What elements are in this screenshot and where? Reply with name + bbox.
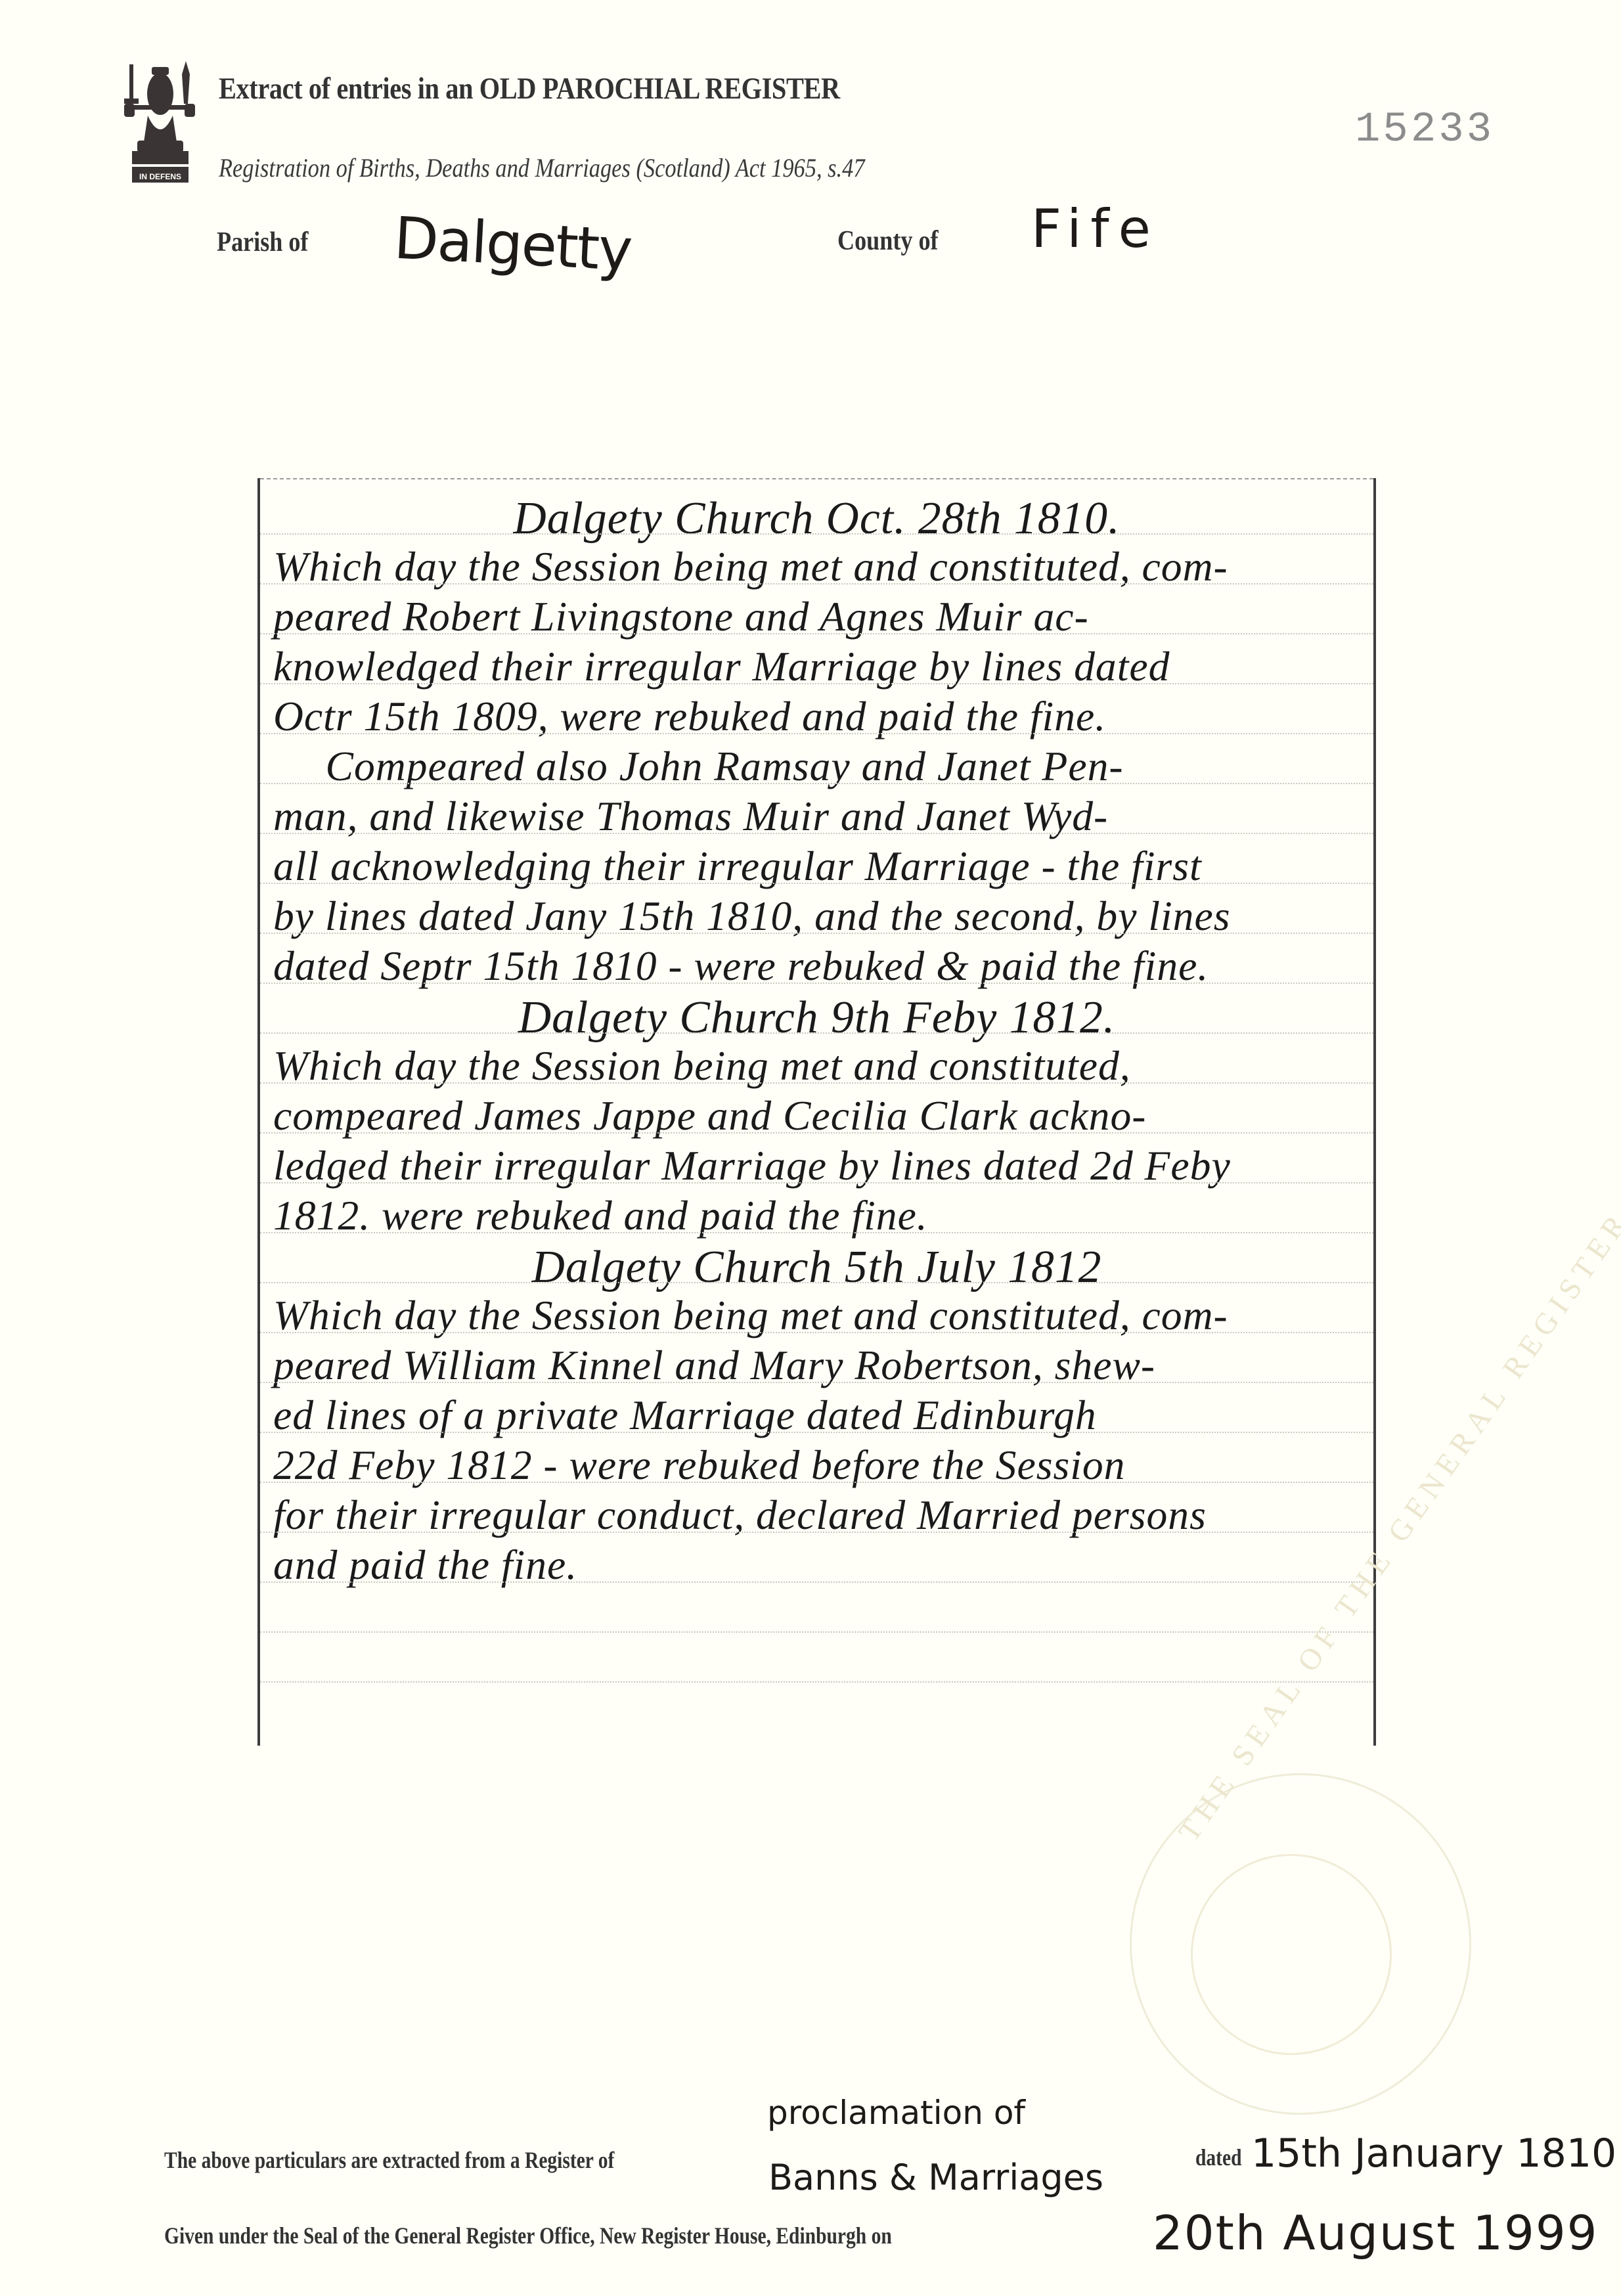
ruled-line [260,982,1373,984]
ruled-line [260,1382,1373,1383]
ruled-line [260,933,1373,934]
ruled-line [260,1182,1373,1183]
embossed-seal: THE SEAL OF THE GENERAL REGISTER OFFICE [1130,1773,1471,2115]
ruled-line [260,1432,1373,1433]
ruled-line [260,733,1373,734]
document-title: Extract of entries in an OLD PAROCHIAL R… [219,71,840,106]
dated-value: 15th January 1810 [1251,2130,1616,2176]
crest-emblem-icon: IN DEFENS [122,58,199,189]
ruled-line [260,583,1373,585]
ruled-line [260,683,1373,684]
parish-value: Dalgetty [393,204,633,284]
given-under-seal-label: Given under the Seal of the General Regi… [164,2222,892,2249]
ruled-line [260,883,1373,884]
entry-heading: Dalgety Church 5th July 1812 [273,1241,1360,1294]
ruled-line [260,1532,1373,1533]
extracted-from-label: The above particulars are extracted from… [164,2146,614,2174]
ruled-line [260,1082,1373,1084]
ruled-line [260,1332,1373,1333]
ruled-line [260,633,1373,634]
ruled-line [260,1232,1373,1233]
register-type-line1: proclamation of [767,2094,1025,2132]
register-extract: Dalgety Church Oct. 28th 1810.Which day … [257,478,1376,1746]
entry-heading: Dalgety Church Oct. 28th 1810. [273,493,1360,545]
ruled-line [260,1631,1373,1633]
ruled-line [260,533,1373,535]
ruled-line [260,1681,1373,1683]
svg-text:IN DEFENS: IN DEFENS [139,172,181,181]
register-type-line2: Banns & Marriages [768,2157,1103,2198]
entry-heading: Dalgety Church 9th Feby 1812. [273,992,1360,1044]
ruled-line [260,1132,1373,1134]
ruled-line [260,833,1373,834]
parish-label: Parish of [217,227,308,258]
dated-label: dated [1195,2144,1242,2171]
reference-number: 15233 [1355,106,1494,154]
ruled-line [260,1581,1373,1583]
document-subtitle: Registration of Births, Deaths and Marri… [219,152,865,183]
given-date: 20th August 1999 [1153,2205,1598,2261]
ruled-line [260,1482,1373,1483]
county-label: County of [837,225,939,257]
ruled-line [260,783,1373,784]
county-value: Fife [1031,198,1160,259]
ruled-line [260,1032,1373,1034]
ruled-line [260,1282,1373,1283]
